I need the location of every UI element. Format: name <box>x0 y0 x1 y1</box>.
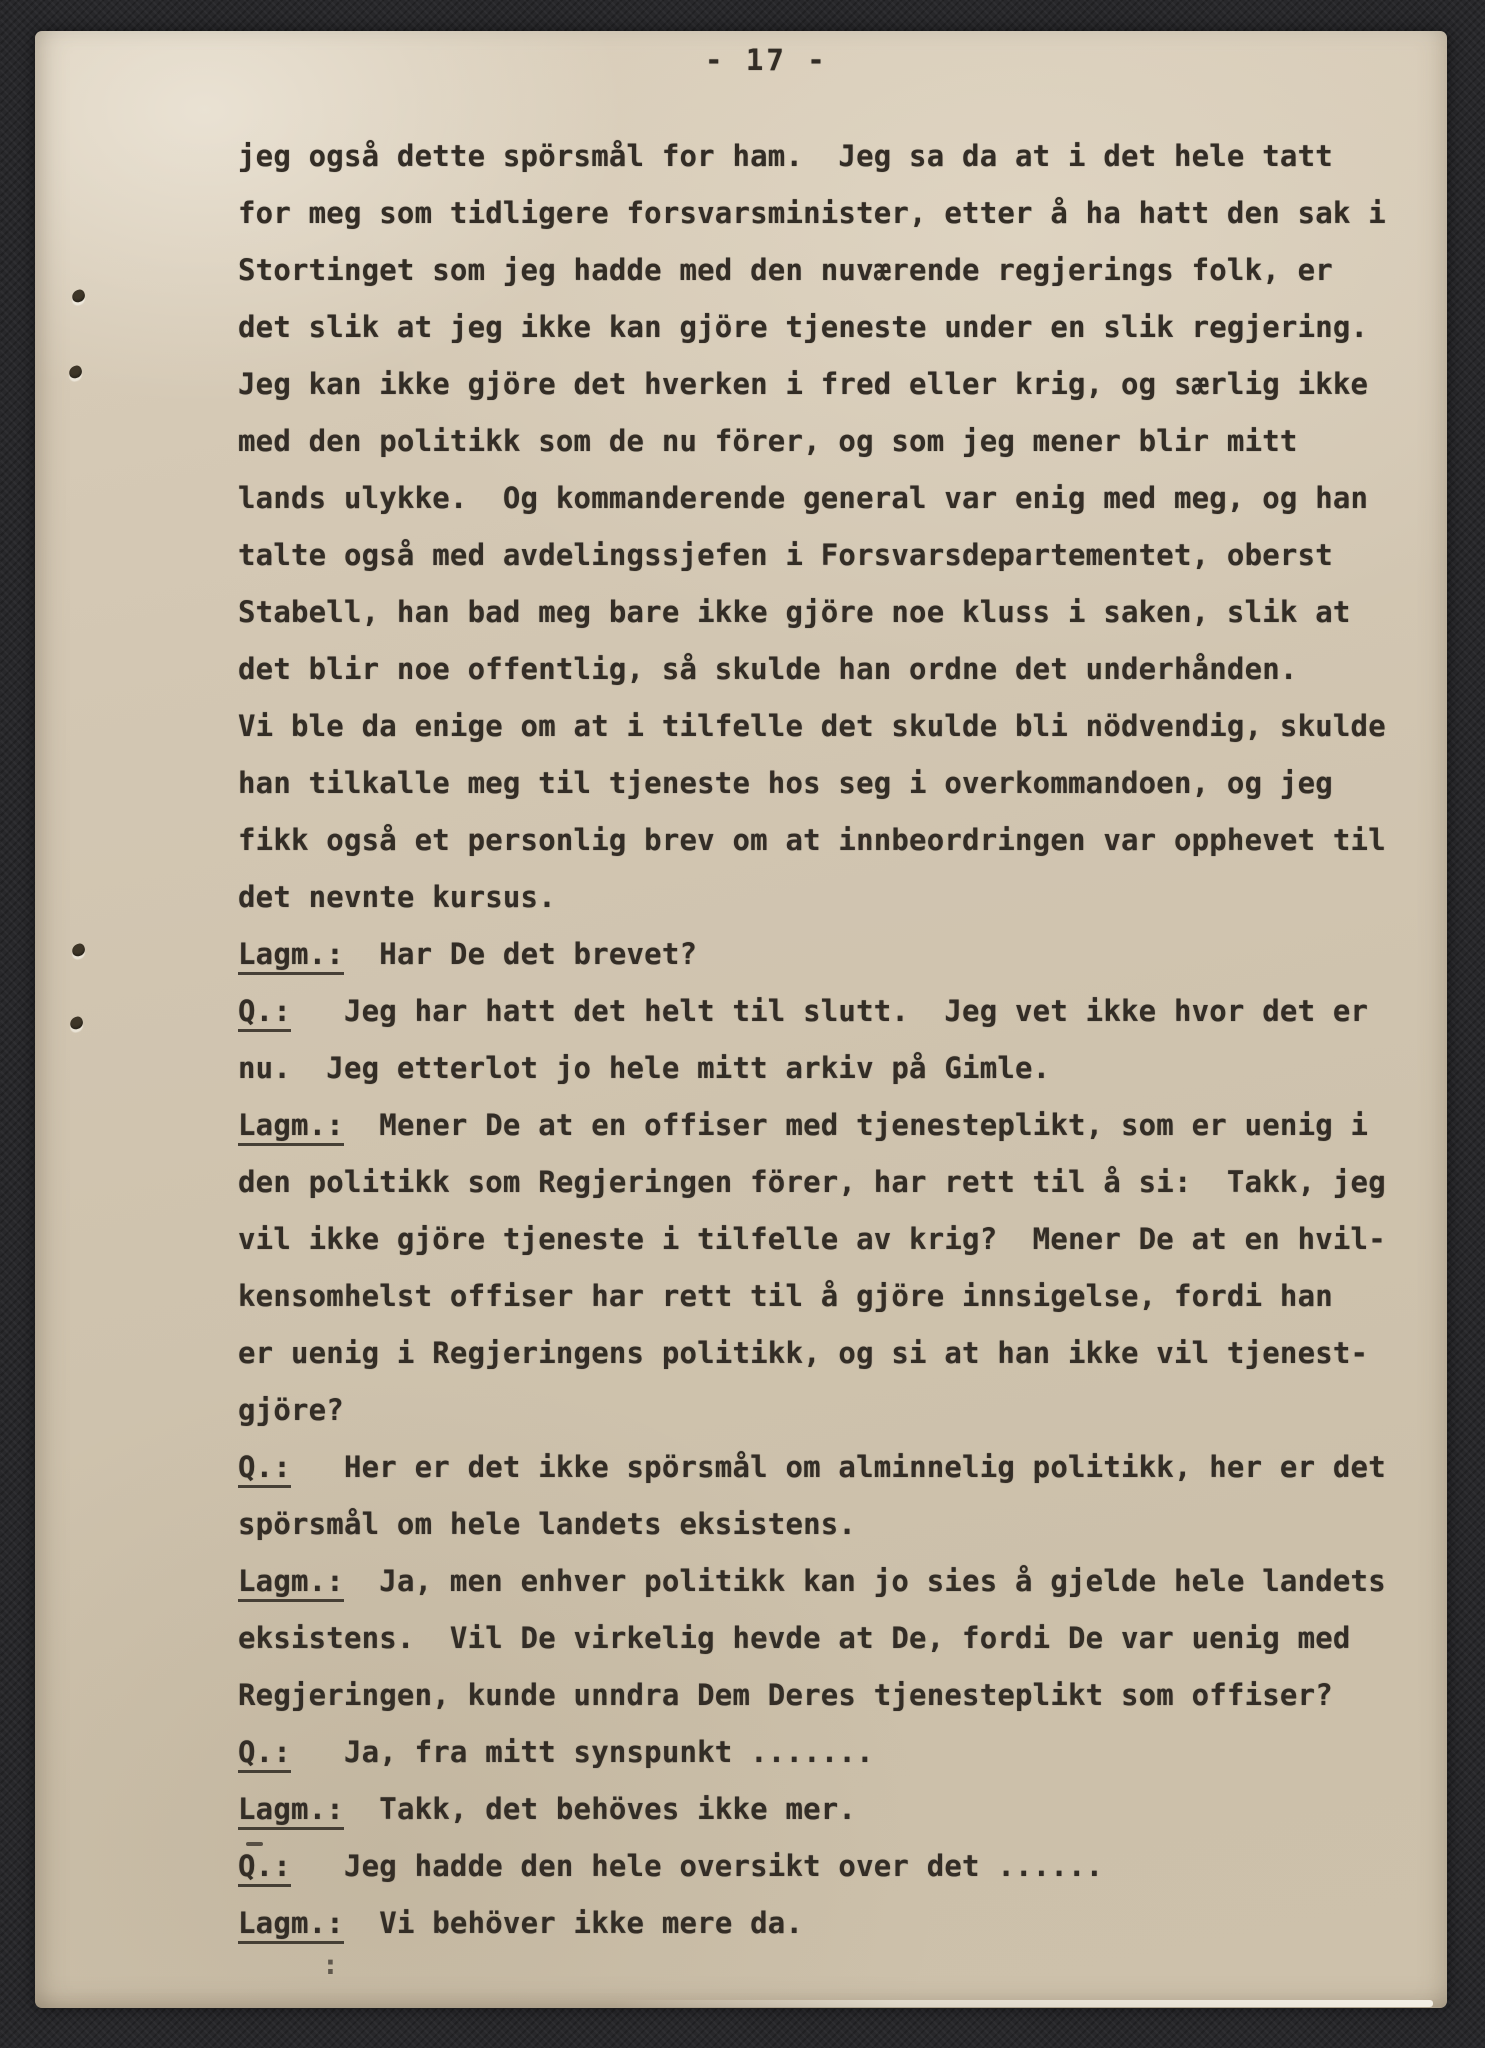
text-line: han tilkalle meg til tjeneste hos seg i … <box>238 755 1438 812</box>
line-text: lands ulykke. Og kommanderende general v… <box>238 481 1368 515</box>
speaker-label: Lagm.: <box>238 1108 344 1146</box>
text-line: Lagm.: Ja, men enhver politikk kan jo si… <box>238 1553 1438 1610</box>
speaker-label: Lagm.: <box>238 1564 344 1602</box>
text-line: Lagm.: Har De det brevet? <box>238 926 1438 983</box>
line-text: Her er det ikke spörsmål om alminnelig p… <box>291 1450 1386 1484</box>
text-line: Q.: Ja, fra mitt synspunkt ....... <box>238 1724 1438 1781</box>
text-line: jeg også dette spörsmål for ham. Jeg sa … <box>238 128 1438 185</box>
stray-dash-mark <box>246 1842 263 1846</box>
punch-hole-mark <box>70 942 86 957</box>
text-line: Stabell, han bad meg bare ikke gjöre noe… <box>238 584 1438 641</box>
text-line: Jeg kan ikke gjöre det hverken i fred el… <box>238 356 1438 413</box>
line-text: Har De det brevet? <box>344 937 697 971</box>
line-text: jeg også dette spörsmål for ham. Jeg sa … <box>238 139 1333 173</box>
punch-hole-mark <box>68 1015 84 1030</box>
punch-hole-mark <box>67 364 83 379</box>
text-line: Q.: Her er det ikke spörsmål om alminnel… <box>238 1439 1438 1496</box>
line-text: vil ikke gjöre tjeneste i tilfelle av kr… <box>238 1222 1386 1256</box>
line-text: Mener De at en offiser med tjenesteplikt… <box>344 1108 1368 1142</box>
line-text: den politikk som Regjeringen förer, har … <box>238 1165 1386 1199</box>
text-line: den politikk som Regjeringen förer, har … <box>238 1154 1438 1211</box>
text-line: Lagm.: Takk, det behöves ikke mer. <box>238 1781 1438 1838</box>
line-text: Ja, fra mitt synspunkt ....... <box>291 1735 874 1769</box>
punch-hole-mark <box>70 288 86 303</box>
text-line: talte også med avdelingssjefen i Forsvar… <box>238 527 1438 584</box>
speaker-label: Q.: <box>238 1450 291 1488</box>
speaker-label: Lagm.: <box>238 937 344 975</box>
line-text: er uenig i Regjeringens politikk, og si … <box>238 1336 1368 1370</box>
line-text: det blir noe offentlig, så skulde han or… <box>238 652 1298 686</box>
text-line: Q.: Jeg har hatt det helt til slutt. Jeg… <box>238 983 1438 1040</box>
text-line: det blir noe offentlig, så skulde han or… <box>238 641 1438 698</box>
text-line: Stortinget som jeg hadde med den nuværen… <box>238 242 1438 299</box>
text-line: for meg som tidligere forsvarsminister, … <box>238 185 1438 242</box>
line-text: for meg som tidligere forsvarsminister, … <box>238 196 1386 230</box>
speaker-label: Q.: <box>238 1849 291 1887</box>
text-line: det slik at jeg ikke kan gjöre tjeneste … <box>238 299 1438 356</box>
text-line: Lagm.: Vi behöver ikke mere da. <box>238 1895 1438 1952</box>
text-line: vil ikke gjöre tjeneste i tilfelle av kr… <box>238 1211 1438 1268</box>
line-text: gjöre? <box>238 1393 344 1427</box>
speaker-label: Lagm.: <box>238 1792 344 1830</box>
line-text: det slik at jeg ikke kan gjöre tjeneste … <box>238 310 1368 344</box>
speaker-label: Q.: <box>238 994 291 1032</box>
line-text: Jeg kan ikke gjöre det hverken i fred el… <box>238 367 1368 401</box>
line-text: med den politikk som de nu förer, og som… <box>238 424 1298 458</box>
text-line: med den politikk som de nu förer, og som… <box>238 413 1438 470</box>
text-line: Lagm.: Mener De at en offiser med tjenes… <box>238 1097 1438 1154</box>
line-text: han tilkalle meg til tjeneste hos seg i … <box>238 766 1333 800</box>
stray-colon-mark: : <box>322 1948 339 1981</box>
speaker-label: Q.: <box>238 1735 291 1773</box>
line-text: Jeg har hatt det helt til slutt. Jeg vet… <box>291 994 1368 1028</box>
line-text: Stabell, han bad meg bare ikke gjöre noe… <box>238 595 1351 629</box>
page-edge-highlight <box>614 2000 1433 2007</box>
text-line: Vi ble da enige om at i tilfelle det sku… <box>238 698 1438 755</box>
line-text: Vi ble da enige om at i tilfelle det sku… <box>238 709 1386 743</box>
line-text: nu. Jeg etterlot jo hele mitt arkiv på G… <box>238 1051 1050 1085</box>
line-text: Vi behöver ikke mere da. <box>344 1906 803 1940</box>
text-line: fikk også et personlig brev om at innbeo… <box>238 812 1438 869</box>
text-line: eksistens. Vil De virkelig hevde at De, … <box>238 1610 1438 1667</box>
line-text: Stortinget som jeg hadde med den nuværen… <box>238 253 1333 287</box>
transcript-text: jeg også dette spörsmål for ham. Jeg sa … <box>238 128 1438 1952</box>
text-line: kensomhelst offiser har rett til å gjöre… <box>238 1268 1438 1325</box>
speaker-label: Lagm.: <box>238 1906 344 1944</box>
line-text: Ja, men enhver politikk kan jo sies å gj… <box>344 1564 1386 1598</box>
line-text: talte også med avdelingssjefen i Forsvar… <box>238 538 1333 572</box>
line-text: det nevnte kursus. <box>238 880 556 914</box>
text-line: Q.: Jeg hadde den hele oversikt over det… <box>238 1838 1438 1895</box>
scan-backdrop: - 17 - jeg også dette spörsmål for ham. … <box>0 0 1485 2048</box>
line-text: kensomhelst offiser har rett til å gjöre… <box>238 1279 1333 1313</box>
text-line: er uenig i Regjeringens politikk, og si … <box>238 1325 1438 1382</box>
text-line: det nevnte kursus. <box>238 869 1438 926</box>
text-line: spörsmål om hele landets eksistens. <box>238 1496 1438 1553</box>
line-text: Jeg hadde den hele oversikt over det ...… <box>291 1849 1103 1883</box>
document-page: - 17 - jeg også dette spörsmål for ham. … <box>35 31 1447 2008</box>
text-line: gjöre? <box>238 1382 1438 1439</box>
line-text: Regjeringen, kunde unndra Dem Deres tjen… <box>238 1678 1333 1712</box>
text-line: Regjeringen, kunde unndra Dem Deres tjen… <box>238 1667 1438 1724</box>
text-line: nu. Jeg etterlot jo hele mitt arkiv på G… <box>238 1040 1438 1097</box>
line-text: eksistens. Vil De virkelig hevde at De, … <box>238 1621 1351 1655</box>
scan-image: { "colors": { "backdrop": "#28282b", "pa… <box>0 0 1485 2048</box>
line-text: spörsmål om hele landets eksistens. <box>238 1507 856 1541</box>
line-text: fikk også et personlig brev om at innbeo… <box>238 823 1386 857</box>
page-number: - 17 - <box>705 43 828 77</box>
line-text: Takk, det behöves ikke mer. <box>344 1792 856 1826</box>
text-line: lands ulykke. Og kommanderende general v… <box>238 470 1438 527</box>
